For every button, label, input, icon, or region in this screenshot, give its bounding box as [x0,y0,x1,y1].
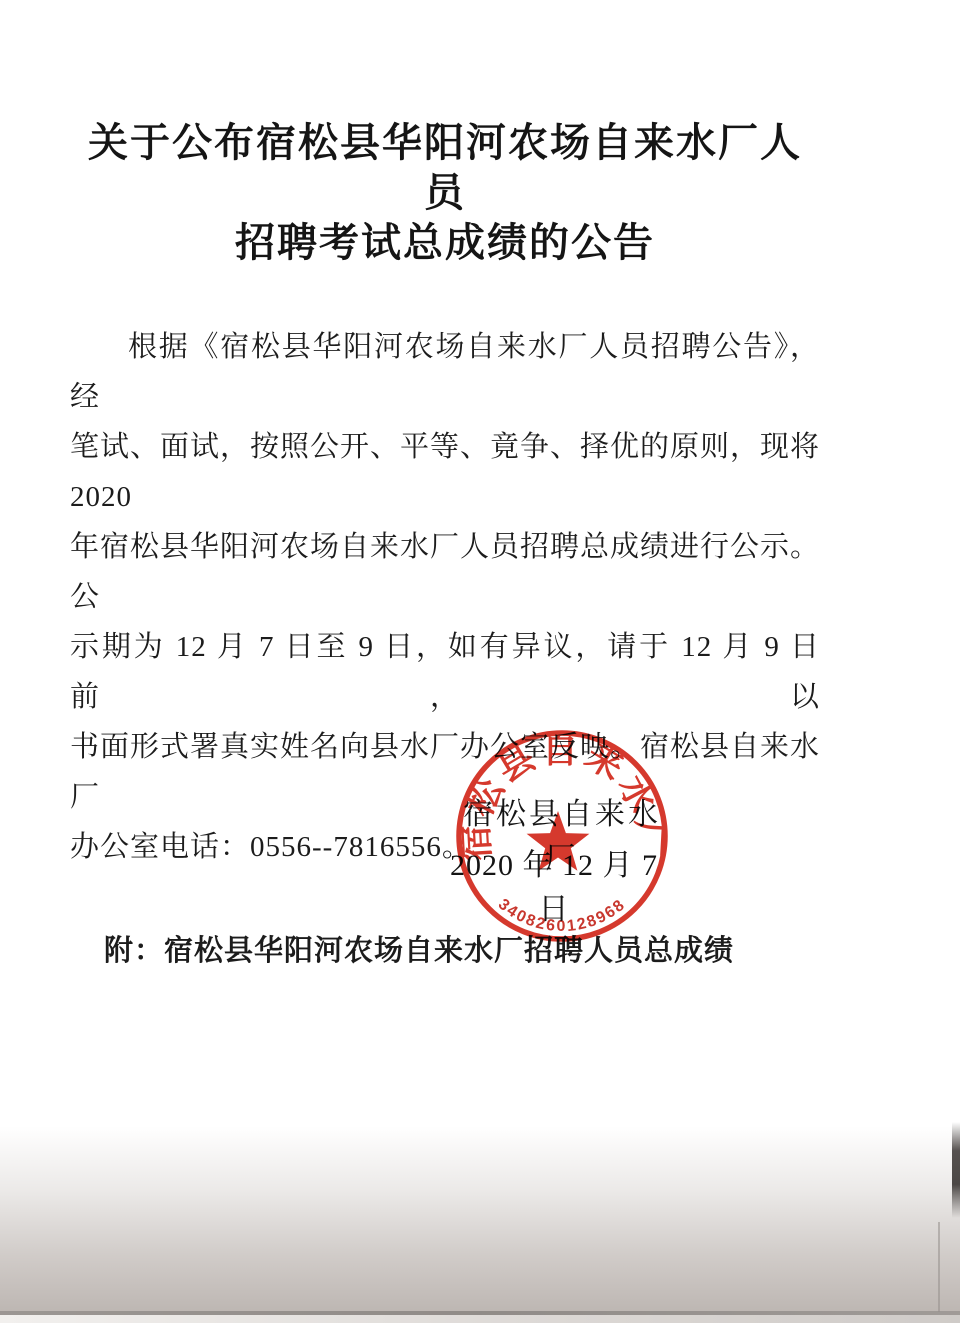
official-red-seal: 宿松县自来水厂 3408260128968 [447,721,677,951]
scan-shadow [0,1126,960,1311]
body-line: 示期为 12 月 7 日至 9 日，如有异议，请于 12 月 9 日前，以 [70,622,820,722]
document-title: 关于公布宿松县华阳河农场自来水厂人员 招聘考试总成绩的公告 [70,118,820,268]
announcement-document-page: 关于公布宿松县华阳河农场自来水厂人员 招聘考试总成绩的公告 根据《宿松县华阳河农… [0,0,960,1323]
attachment-note: 附：宿松县华阳河农场自来水厂招聘人员总成绩 [70,926,820,976]
body-line: 年宿松县华阳河农场自来水厂人员招聘总成绩进行公示。公 [70,522,820,622]
scan-right-crease [938,1222,940,1312]
body-line: 书面形式署真实姓名向县水厂办公室反映。宿松县自来水厂 [70,722,820,822]
body-line: 笔试、面试，按照公开、平等、竟争、择优的原则，现将 2020 [70,422,820,522]
document-title-line-2: 招聘考试总成绩的公告 [70,218,820,268]
scan-right-smudge [952,1122,960,1218]
document-title-line-1: 关于公布宿松县华阳河农场自来水厂人员 [70,118,820,218]
document-body: 根据《宿松县华阳河农场自来水厂人员招聘公告》，经 笔试、面试，按照公开、平等、竟… [70,322,820,872]
scan-bottom-strip [0,1315,960,1323]
body-line: 根据《宿松县华阳河农场自来水厂人员招聘公告》，经 [70,322,820,422]
seal-star-icon [527,811,590,871]
